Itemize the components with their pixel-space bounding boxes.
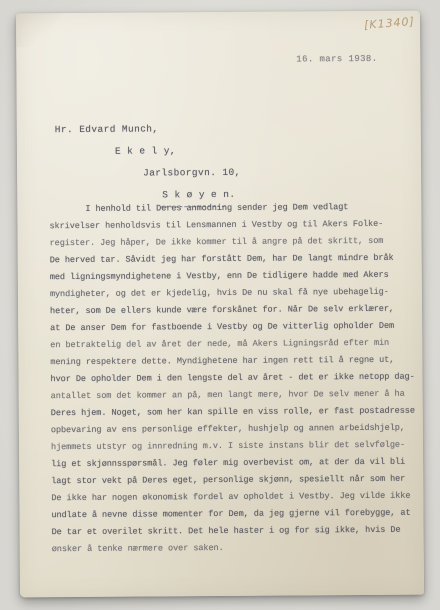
letter-body-line: hjemmets utstyr og innredning m.v. I sis… bbox=[51, 437, 417, 457]
letter-date: 16. mars 1938. bbox=[296, 54, 377, 65]
recipient-name: Hr. Edvard Munch, bbox=[55, 123, 241, 146]
letter-body-line: ønsker å tenke nærmere over saken. bbox=[52, 539, 418, 559]
paper-corner-fold bbox=[16, 13, 62, 47]
recipient-estate: E k e l y, bbox=[115, 145, 241, 168]
scanned-letter-photo: { "document": { "archive_note": "[K1340]… bbox=[0, 0, 440, 610]
archive-annotation: [K1340] bbox=[364, 15, 416, 32]
letter-body-line: De ikke har nogen økonomisk fordel av op… bbox=[51, 488, 417, 508]
letter-body: I henhold til Deres anmodning sender jeg… bbox=[49, 199, 417, 559]
letter-body-line: register. Jeg håper, De ikke kommer til … bbox=[50, 233, 416, 253]
recipient-street: Jarlsborgvn. 10, bbox=[143, 167, 241, 190]
letter-body-line: mening respektere dette. Myndighetene ha… bbox=[50, 352, 416, 372]
letter-body-line: antallet som det kommer an på, men langt… bbox=[51, 386, 417, 406]
letter-paper: [K1340] 16. mars 1938. Hr. Edvard Munch,… bbox=[16, 11, 424, 598]
letter-body-line: myndigheter, og det er kjedelig, hvis De… bbox=[50, 284, 416, 304]
